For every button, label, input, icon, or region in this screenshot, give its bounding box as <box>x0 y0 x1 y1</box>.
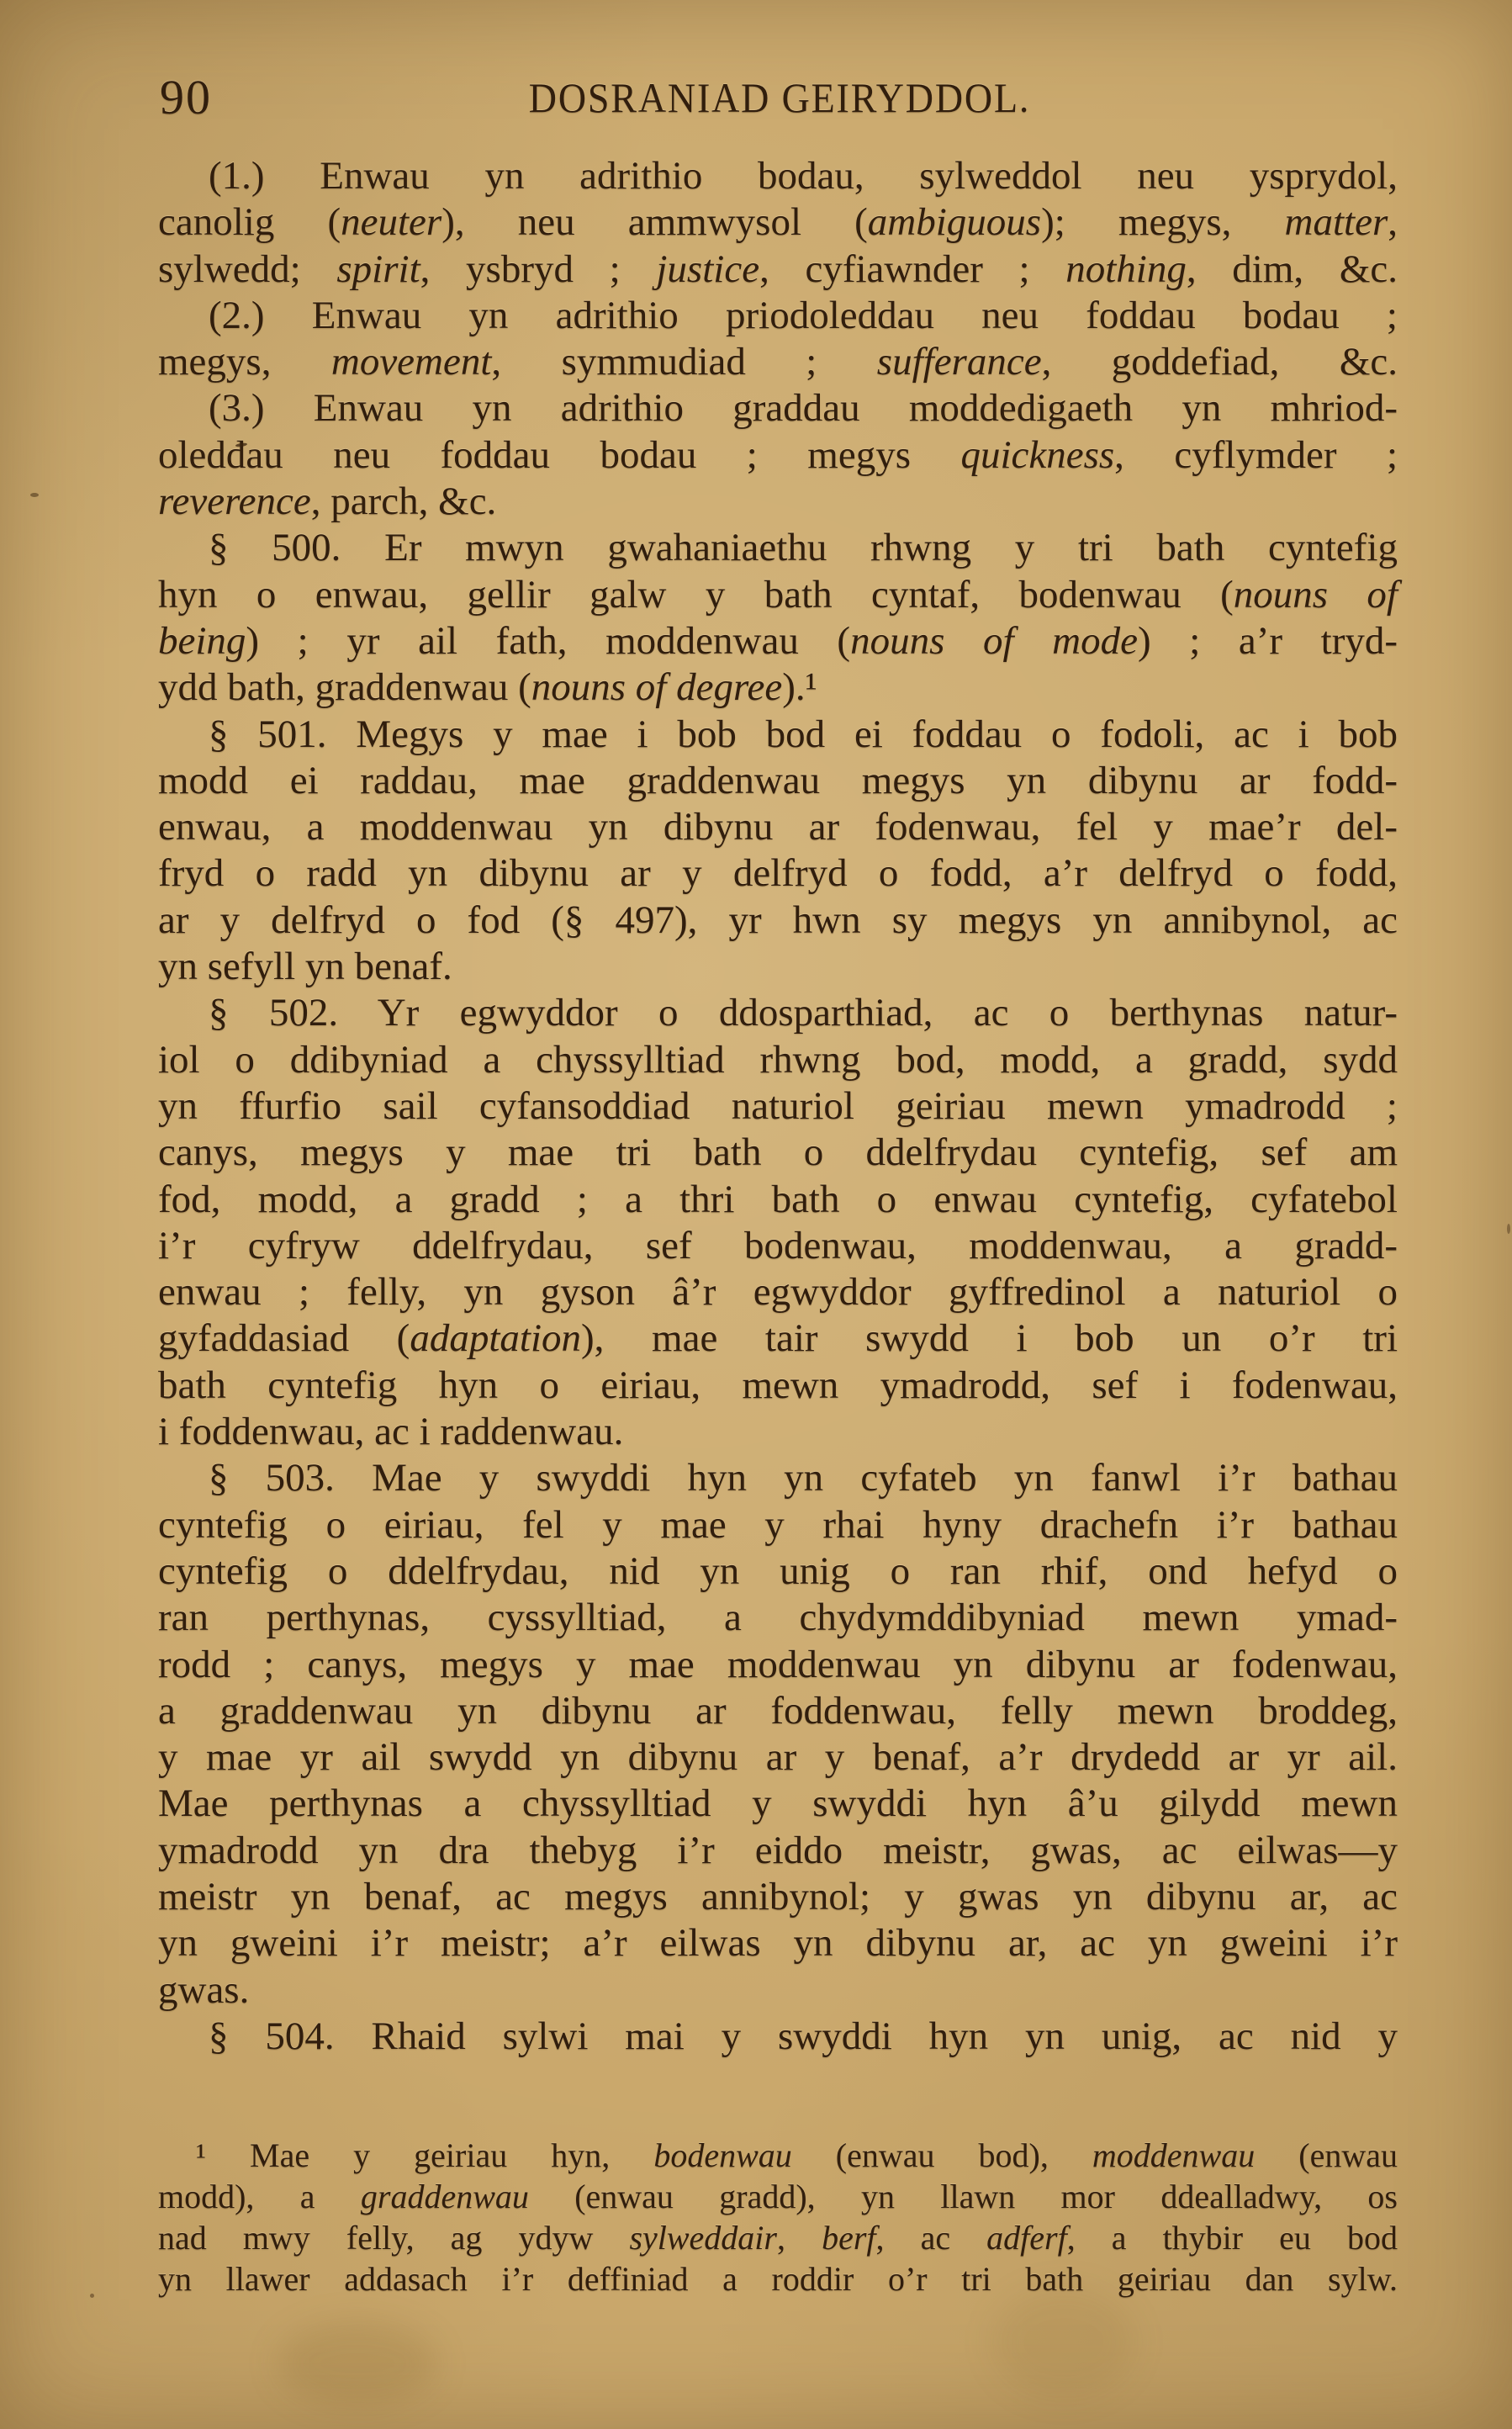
text-block: (1.) Enwau yn adrithio bodau, sylweddol … <box>158 153 1398 2060</box>
text-line: nad mwy felly, ag ydyw sylweddair, berf,… <box>158 2217 1398 2258</box>
text-line: ymadrodd yn dra thebyg i’r eiddo meistr,… <box>158 1828 1398 1874</box>
text-line: § 502. Yr egwyddor o ddosparthiad, ac o … <box>158 990 1398 1036</box>
text-segment: gwas. <box>158 1968 249 2012</box>
text-segment: nad mwy felly, ag ydyw <box>158 2219 629 2257</box>
text-segment: oleddau neu foddau bodau ; megys <box>158 433 960 477</box>
text-line: bath cyntefig hyn o eiriau, mewn ymadrod… <box>158 1363 1398 1409</box>
text-segment: fod, modd, a gradd ; a thri bath o enwau… <box>158 1177 1398 1221</box>
text-segment: § 500. Er mwyn gwahaniaethu rhwng y tri … <box>209 526 1398 569</box>
text-segment: (enwau <box>1255 2136 1398 2174</box>
paragraph: § 504. Rhaid sylwi mai y swyddi hyn yn u… <box>158 2014 1398 2060</box>
text-line: (3.) Enwau yn adrithio graddau moddediga… <box>158 385 1398 431</box>
text-line: ar y delfryd o fod (§ 497), yr hwn sy me… <box>158 897 1398 944</box>
italic-text: moddenwau <box>1092 2136 1255 2174</box>
text-segment: , <box>1388 200 1398 244</box>
text-segment: ) ; yr ail fath, moddenwau ( <box>246 619 850 663</box>
text-segment: canys, megys y mae tri bath o ddelfrydau… <box>158 1130 1398 1174</box>
text-segment: yn ffurfio sail cyfansoddiad naturiol ge… <box>158 1084 1398 1128</box>
text-line: § 503. Mae y swyddi hyn yn cyfateb yn fa… <box>158 1455 1398 1501</box>
text-segment: , ysbryd ; <box>420 247 657 291</box>
text-segment: cyntefig o eiriau, fel y mae y rhai hyny… <box>158 1503 1398 1547</box>
italic-text: bodenwau <box>653 2136 791 2174</box>
italic-text: spirit <box>336 247 420 291</box>
paragraph: (3.) Enwau yn adrithio graddau moddediga… <box>158 385 1398 525</box>
text-segment: a graddenwau yn dibynu ar foddenwau, fel… <box>158 1689 1398 1733</box>
text-line: sylwedd; spirit, ysbryd ; justice, cyfia… <box>158 246 1398 293</box>
text-line: § 500. Er mwyn gwahaniaethu rhwng y tri … <box>158 525 1398 571</box>
text-segment: Mae perthynas a chyssylltiad y swyddi hy… <box>158 1781 1398 1825</box>
text-line: cyntefig o eiriau, fel y mae y rhai hyny… <box>158 1502 1398 1548</box>
text-line: reverence, parch, &c. <box>158 479 1398 525</box>
text-line: (2.) Enwau yn adrithio priodoleddau neu … <box>158 293 1398 339</box>
text-segment: i foddenwau, ac i raddenwau. <box>158 1410 623 1453</box>
paragraph: (2.) Enwau yn adrithio priodoleddau neu … <box>158 293 1398 386</box>
text-line: ydd bath, graddenwau (nouns of degree).¹ <box>158 664 1398 711</box>
text-line: megys, movement, symmudiad ; sufferance,… <box>158 339 1398 385</box>
text-line: oleddau neu foddau bodau ; megys quickne… <box>158 432 1398 479</box>
text-line: enwau, a moddenwau yn dibynu ar fodenwau… <box>158 804 1398 850</box>
text-line: canolig (neuter), neu ammwysol (ambiguou… <box>158 199 1398 246</box>
italic-text: nouns of mode <box>850 619 1138 663</box>
paragraph: § 502. Yr egwyddor o ddosparthiad, ac o … <box>158 990 1398 1455</box>
scan-smudge <box>278 2321 437 2405</box>
text-segment: cyntefig o ddelfrydau, nid yn unig o ran… <box>158 1549 1398 1593</box>
text-line: gyfaddasiad (adaptation), mae tair swydd… <box>158 1315 1398 1362</box>
text-segment: meistr yn benaf, ac megys annibynol; y g… <box>158 1875 1398 1918</box>
text-segment: ymadrodd yn dra thebyg i’r eiddo meistr,… <box>158 1828 1398 1872</box>
paragraph: (1.) Enwau yn adrithio bodau, sylweddol … <box>158 153 1398 293</box>
page-number: 90 <box>160 72 212 123</box>
text-segment: ydd bath, graddenwau ( <box>158 665 531 709</box>
scan-speck <box>1507 1224 1510 1234</box>
text-segment: ); megys, <box>1041 200 1284 244</box>
italic-text: reverence <box>158 479 311 523</box>
text-segment: yn gweini i’r meistr; a’r eilwas yn diby… <box>158 1921 1398 1965</box>
italic-text: graddenwau <box>361 2178 529 2215</box>
text-segment: gyfaddasiad ( <box>158 1316 410 1360</box>
text-line: being) ; yr ail fath, moddenwau (nouns o… <box>158 618 1398 664</box>
text-line: § 504. Rhaid sylwi mai y swyddi hyn yn u… <box>158 2014 1398 2060</box>
text-segment: (2.) Enwau yn adrithio priodoleddau neu … <box>209 294 1398 337</box>
text-line: iol o ddibyniad a chyssylltiad rhwng bod… <box>158 1037 1398 1083</box>
paragraph: § 501. Megys y mae i bob bod ei foddau o… <box>158 712 1398 991</box>
italic-text: sufferance <box>877 340 1042 384</box>
text-line: modd), a graddenwau (enwau gradd), yn ll… <box>158 2176 1398 2217</box>
text-line: cyntefig o ddelfrydau, nid yn unig o ran… <box>158 1548 1398 1595</box>
text-line: ran perthynas, cyssylltiad, a chydymddib… <box>158 1595 1398 1641</box>
text-segment: i’r cyfryw ddelfrydau, sef bodenwau, mod… <box>158 1224 1398 1267</box>
text-segment: bath cyntefig hyn o eiriau, mewn ymadrod… <box>158 1363 1398 1407</box>
scan-speck <box>30 493 39 497</box>
italic-text: adaptation <box>410 1316 581 1360</box>
text-segment: ), neu ammwysol ( <box>441 200 868 244</box>
text-line: Mae perthynas a chyssylltiad y swyddi hy… <box>158 1781 1398 1827</box>
text-segment: enwau, a moddenwau yn dibynu ar fodenwau… <box>158 805 1398 849</box>
text-segment: § 503. Mae y swyddi hyn yn cyfateb yn fa… <box>209 1456 1398 1500</box>
text-segment: , <box>777 2219 822 2257</box>
italic-text: movement <box>331 340 492 384</box>
scan-speck <box>90 2294 94 2298</box>
italic-text: ambiguous <box>868 200 1041 244</box>
text-line: § 501. Megys y mae i bob bod ei foddau o… <box>158 712 1398 758</box>
text-segment: , a thybir eu bod <box>1067 2219 1398 2257</box>
italic-text: nouns of degree <box>531 665 782 709</box>
footnote: ¹ Mae y geiriau hyn, bodenwau (enwau bod… <box>158 2135 1398 2299</box>
text-segment: , cyflymder ; <box>1114 433 1398 477</box>
text-segment: yn sefyll yn benaf. <box>158 945 452 988</box>
text-segment: yn llawer addasach i’r deffiniad a roddi… <box>158 2260 1398 2298</box>
text-line: yn llawer addasach i’r deffiniad a roddi… <box>158 2258 1398 2299</box>
italic-text: adferf <box>986 2219 1067 2257</box>
paragraph: § 500. Er mwyn gwahaniaethu rhwng y tri … <box>158 525 1398 711</box>
text-segment: ), mae tair swydd i bob un o’r tri <box>581 1316 1398 1360</box>
text-segment: enwau ; felly, yn gyson â’r egwyddor gyf… <box>158 1270 1398 1314</box>
text-segment: iol o ddibyniad a chyssylltiad rhwng bod… <box>158 1038 1398 1082</box>
text-line: y mae yr ail swydd yn dibynu ar y benaf,… <box>158 1734 1398 1781</box>
text-line: hyn o enwau, gellir galw y bath cyntaf, … <box>158 572 1398 618</box>
text-segment: (1.) Enwau yn adrithio bodau, sylweddol … <box>209 154 1398 198</box>
text-line: a graddenwau yn dibynu ar foddenwau, fel… <box>158 1688 1398 1734</box>
text-line: enwau ; felly, yn gyson â’r egwyddor gyf… <box>158 1269 1398 1315</box>
paragraph: § 503. Mae y swyddi hyn yn cyfateb yn fa… <box>158 1455 1398 2014</box>
text-segment: modd ei raddau, mae graddenwau megys yn … <box>158 759 1398 802</box>
text-line: (1.) Enwau yn adrithio bodau, sylweddol … <box>158 153 1398 199</box>
italic-text: nouns of <box>1234 573 1398 617</box>
text-segment: § 504. Rhaid sylwi mai y swyddi hyn yn u… <box>209 2014 1398 2058</box>
text-line: yn sefyll yn benaf. <box>158 944 1398 990</box>
text-segment: ran perthynas, cyssylltiad, a chydymddib… <box>158 1596 1398 1639</box>
italic-text: neuter <box>341 200 441 244</box>
text-segment: , dim, &c. <box>1187 247 1398 291</box>
text-segment: , cyfiawnder ; <box>759 247 1065 291</box>
italic-text: being <box>158 619 246 663</box>
book-page: 90 DOSRANIAD GEIRYDDOL. (1.) Enwau yn ad… <box>0 0 1512 2429</box>
text-segment: (3.) Enwau yn adrithio graddau moddediga… <box>209 386 1398 430</box>
text-line: i foddenwau, ac i raddenwau. <box>158 1409 1398 1455</box>
text-segment: rodd ; canys, megys y mae moddenwau yn d… <box>158 1643 1398 1686</box>
text-segment: , parch, &c. <box>311 479 497 523</box>
running-head: DOSRANIAD GEIRYDDOL. <box>209 74 1350 121</box>
text-line: yn gweini i’r meistr; a’r eilwas yn diby… <box>158 1920 1398 1966</box>
text-segment: (enwau bod), <box>792 2136 1092 2174</box>
italic-text: sylweddair <box>629 2219 777 2257</box>
italic-text: berf <box>822 2219 875 2257</box>
text-segment: ¹ Mae y geiriau hyn, <box>196 2136 653 2174</box>
text-line: gwas. <box>158 1967 1398 2014</box>
text-segment: § 502. Yr egwyddor o ddosparthiad, ac o … <box>209 991 1398 1035</box>
text-segment: ) ; a’r tryd- <box>1138 619 1398 663</box>
text-segment: ).¹ <box>782 665 817 709</box>
text-line: ¹ Mae y geiriau hyn, bodenwau (enwau bod… <box>158 2135 1398 2176</box>
italic-text: quickness <box>960 433 1114 477</box>
text-segment: , ac <box>876 2219 987 2257</box>
text-line: i’r cyfryw ddelfrydau, sef bodenwau, mod… <box>158 1223 1398 1269</box>
text-line: yn ffurfio sail cyfansoddiad naturiol ge… <box>158 1083 1398 1130</box>
italic-text: nothing <box>1065 247 1187 291</box>
text-segment: , symmudiad ; <box>491 340 876 384</box>
text-segment: modd), a <box>158 2178 361 2215</box>
text-segment: , goddefiad, &c. <box>1042 340 1398 384</box>
text-segment: megys, <box>158 340 331 384</box>
text-line: fod, modd, a gradd ; a thri bath o enwau… <box>158 1177 1398 1223</box>
text-line: modd ei raddau, mae graddenwau megys yn … <box>158 758 1398 804</box>
text-segment: y mae yr ail swydd yn dibynu ar y benaf,… <box>158 1735 1398 1779</box>
text-segment: ar y delfryd o fod (§ 497), yr hwn sy me… <box>158 898 1398 942</box>
text-line: meistr yn benaf, ac megys annibynol; y g… <box>158 1874 1398 1920</box>
text-segment: fryd o radd yn dibynu ar y delfryd o fod… <box>158 851 1398 895</box>
text-segment: hyn o enwau, gellir galw y bath cyntaf, … <box>158 573 1234 617</box>
text-line: rodd ; canys, megys y mae moddenwau yn d… <box>158 1642 1398 1688</box>
text-segment: sylwedd; <box>158 247 336 291</box>
text-segment: canolig ( <box>158 200 341 244</box>
text-segment: § 501. Megys y mae i bob bod ei foddau o… <box>209 712 1398 756</box>
scan-smudge <box>992 2288 1135 2397</box>
italic-text: matter <box>1285 200 1388 244</box>
text-line: canys, megys y mae tri bath o ddelfrydau… <box>158 1130 1398 1176</box>
text-segment: (enwau gradd), yn llawn mor ddealladwy, … <box>529 2178 1398 2215</box>
text-line: fryd o radd yn dibynu ar y delfryd o fod… <box>158 850 1398 897</box>
italic-text: justice <box>656 247 759 291</box>
